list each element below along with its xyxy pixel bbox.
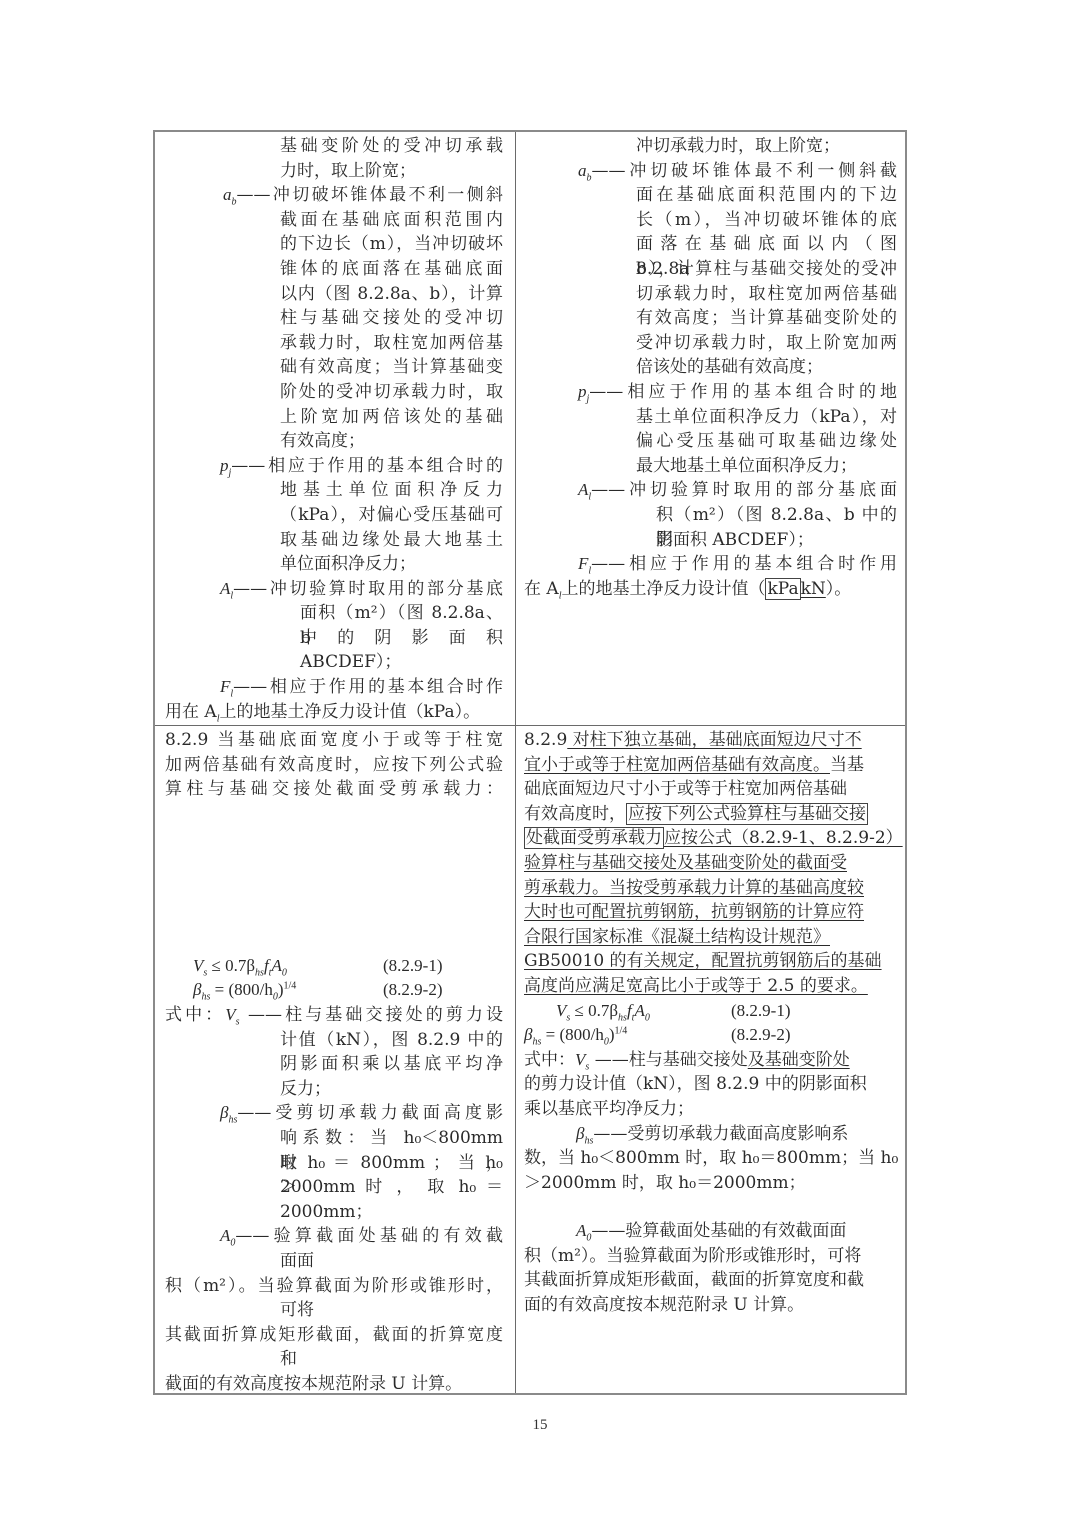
symbol: Al — [220, 579, 233, 598]
line-text: 力时，取上阶宽； — [280, 161, 416, 181]
line-text: b），计算柱与基础交接处的受冲 — [636, 259, 897, 279]
line-text: ——相应于作用的基本组合时的 — [231, 456, 503, 476]
line-text: 柱与基础交接处的受冲切 — [280, 308, 503, 328]
row-divider — [155, 725, 905, 726]
line-content: 锥体的底面落在基础底面 — [280, 257, 503, 282]
line-text: 锥体的底面落在基础底面 — [280, 259, 503, 279]
equation-label: (8.2.9-2) — [731, 1023, 790, 1048]
subscript: 0 — [282, 967, 287, 978]
line-text: ABCDEF）； — [300, 652, 401, 672]
text-line: b），计算柱与基础交接处的受冲 — [516, 257, 907, 282]
prefix: 式中： — [524, 1050, 575, 1070]
line-content: ABCDEF）； — [300, 650, 503, 675]
line-content: ab——冲切破坏锥体最不利一侧斜截 — [578, 159, 897, 184]
symbol: ab — [223, 185, 237, 204]
text-line: 取基础边缘处最大地基土 — [155, 528, 515, 553]
line-content: 面积（m²）（图 8.2.8a、b — [300, 601, 503, 626]
line-content: 有效高度； — [280, 429, 503, 454]
clause-line: 8.2.9 当基础底面宽度小于或等于柱宽 — [155, 728, 515, 753]
subscript: 0 — [273, 992, 278, 1003]
line-text: 用在 A — [165, 702, 217, 722]
subscript: hs — [618, 1012, 627, 1023]
line-content: 积（m²）（图 8.2.8a、b 中的阴 — [656, 503, 897, 528]
text-line: 截面在基础底面积范围内 — [155, 208, 515, 233]
symbol: ab — [578, 161, 592, 180]
line-text: 取基础边缘处最大地基土 — [280, 530, 503, 550]
text-line: 承载力时，取柱宽加两倍基 — [155, 331, 515, 356]
text-line: 算柱与基础交接处截面受剪承载力： — [155, 777, 515, 802]
line-content: 切承载力时，取柱宽加两倍基础 — [636, 282, 897, 307]
text-line: 以内（图 8.2.8a、b），计算 — [155, 282, 515, 307]
symbol: βhs — [220, 1103, 237, 1122]
line-content: 阶处的受冲切承载力时，取 — [280, 380, 503, 405]
line-text: 数，当 h₀＜800mm 时，取 h₀＝800mm；当 h₀ — [524, 1148, 898, 1168]
line-text: ——相应于作用的基本组合时作 — [233, 677, 503, 697]
text-line: 面在基础底面积范围内的下边 — [516, 183, 907, 208]
text-line: 积（m²）。当验算截面为阶形或锥形时， — [155, 1274, 515, 1299]
text-line: 面的有效高度按本规范附录 U 计算。 — [516, 1293, 907, 1318]
line-content: 用在 Al上的地基土净反力设计值（kPa）。 — [165, 700, 503, 725]
text-line: 可将 — [155, 1298, 515, 1323]
line-content: 冲切承载力时，取上阶宽； — [636, 134, 897, 159]
line-content: 反力； — [280, 1077, 503, 1102]
inserted-text: 大时也可配置抗剪钢筋，抗剪钢筋的计算应符 — [524, 902, 864, 922]
superscript: 1/4 — [615, 1025, 628, 1036]
line-content: 的下边长（m），当冲切破坏 — [280, 232, 503, 257]
line-text: 算柱与基础交接处截面受剪承载力： — [165, 779, 503, 799]
text-line: 宜小于或等于柱宽加两倍基础有效高度。当基 — [516, 753, 907, 778]
line-text: 中 的 阴 影 面 积 — [300, 628, 503, 648]
line-text: 冲切承载力时，取上阶宽； — [636, 136, 840, 156]
text-line: 2000mm 时 ， 取 h₀ ＝ — [155, 1175, 515, 1200]
text-line: 面落在基础底面以内（图 8.2.8a、 — [516, 232, 907, 257]
line-text: 可将 — [280, 1300, 314, 1320]
line-text: ——冲切验算时取用的部分基底面 — [591, 480, 897, 500]
text-line: Fl——相应于作用的基本组合时作 — [155, 675, 515, 700]
text-line: ab——冲切破坏锥体最不利一侧斜 — [155, 183, 515, 208]
line-content: （kPa），对偏心受压基础可 — [280, 503, 503, 528]
text-line: 乘以基底平均净反力； — [516, 1097, 907, 1122]
inserted-text: GB50010 的有关规定，配置抗剪钢筋后的基础 — [524, 951, 882, 971]
line-text: 反力； — [280, 1079, 331, 1099]
text-line: 有效高度时，应按下列公式验算柱与基础交接 — [516, 802, 907, 827]
inserted-text: 应按公式（8.2.9-1、8.2.9-2） — [664, 828, 903, 848]
row1-left-cell: 基础变阶处的受冲切承载力时，取上阶宽；ab——冲切破坏锥体最不利一侧斜截面在基础… — [155, 134, 515, 724]
line-text: 面的有效高度按本规范附录 U 计算。 — [524, 1295, 804, 1315]
line-text: 基础变阶处的受冲切承载 — [280, 136, 503, 156]
line-content: 2000mm 时 ， 取 h₀ ＝ — [280, 1175, 503, 1200]
line-text: 础有效高度；当计算基础变 — [280, 357, 503, 377]
line-text: 的下边长（m），当冲切破坏 — [280, 234, 503, 254]
line-text: 地基土单位面积净反力 — [280, 480, 503, 500]
line-text: ——相应于作用的基本组合时作用 — [591, 554, 897, 574]
symbol: Fl — [578, 554, 591, 573]
line-text: ——受剪切承载力截面高度影 — [237, 1103, 503, 1123]
inserted-text: 验算柱与基础交接处及基础变阶处的截面受 — [524, 853, 847, 873]
line-content: Al——冲切验算时取用的部分基底 — [220, 577, 503, 602]
text-line: 础有效高度；当计算基础变 — [155, 355, 515, 380]
text-line: 8.2.9 对柱下独立基础，基础底面短边尺寸不 — [516, 728, 907, 753]
text-line: 偏心受压基础可取基础边缘处 — [516, 429, 907, 454]
line-text: 偏心受压基础可取基础边缘处 — [636, 431, 897, 451]
clause-number: 8.2.9 — [165, 730, 217, 750]
comparison-table: 基础变阶处的受冲切承载力时，取上阶宽；ab——冲切破坏锥体最不利一侧斜截面在基础… — [153, 130, 907, 1395]
line-content: 其截面折算成矩形截面，截面的折算宽度 — [165, 1323, 503, 1348]
line-text: 在 A — [524, 579, 559, 599]
inserted-text: 对柱下独立基础，基础底面短边尺寸不 — [567, 730, 861, 750]
line-content: 面在基础底面积范围内的下边 — [636, 183, 897, 208]
symbol: pj — [220, 456, 231, 475]
line-text: 其截面折算成矩形截面，截面的折算宽度和截 — [524, 1270, 864, 1290]
formula-line: βhs = (800/h0)1/4(8.2.9-2) — [155, 978, 515, 1003]
line-text: 切承载力时，取柱宽加两倍基础 — [636, 284, 897, 304]
line-text: 其截面折算成矩形截面，截面的折算宽度 — [165, 1325, 503, 1345]
text-line: Fl——相应于作用的基本组合时作用 — [516, 552, 907, 577]
line-text: ——冲切验算时取用的部分基底 — [233, 579, 503, 599]
text-line: 加两倍基础有效高度时，应按下列公式验 — [155, 753, 515, 778]
line-text: 积（m²）。当验算截面为阶形或锥形时，可将 — [524, 1246, 861, 1266]
text-line: βhs——受剪切承载力截面高度影 — [155, 1101, 515, 1126]
line-text: 2000mm 时 ， 取 h₀ ＝ — [280, 1177, 503, 1197]
text-line: Al——冲切验算时取用的部分基底 — [155, 577, 515, 602]
inserted-text: 合限行国家标准《混凝土结构设计规范》 — [524, 927, 830, 947]
formula-line: βhs = (800/h0)1/4(8.2.9-2) — [516, 1023, 907, 1048]
row2-right-cell: 8.2.9 对柱下独立基础，基础底面短边尺寸不宜小于或等于柱宽加两倍基础有效高度… — [516, 728, 907, 1318]
line-text: 长（m），当冲切破坏锥体的底 — [636, 210, 897, 230]
line-content: 偏心受压基础可取基础边缘处 — [636, 429, 897, 454]
line-content: 最大地基土单位面积净反力； — [636, 454, 897, 479]
line-text: ——相应于作用的基本组合时的地 — [589, 382, 897, 402]
symbol: Vs — [556, 1001, 570, 1020]
inserted-text: 高度尚应满足宽高比小于或等于 2.5 的要求。 — [524, 976, 868, 996]
text-line: 取 h₀ ＝ 800mm ； 当 h₀ ＞ — [155, 1151, 515, 1176]
line-text: 积（m²）。当验算截面为阶形或锥形时， — [165, 1276, 503, 1296]
line-text: 有效高度；当计算基础变阶处的 — [636, 308, 897, 328]
inserted-text: 及基础变阶处 — [748, 1050, 850, 1070]
text-line: 中 的 阴 影 面 积 — [155, 626, 515, 651]
text-line: 式中：Vs ——柱与基础交接处及基础变阶处 — [516, 1048, 907, 1073]
text-line: 合限行国家标准《混凝土结构设计规范》 — [516, 925, 907, 950]
line-content: 8.2.9 当基础底面宽度小于或等于柱宽 — [165, 728, 503, 753]
line-text: 影面积 ABCDEF）； — [656, 530, 814, 550]
line-content: Fl——相应于作用的基本组合时作用 — [578, 552, 897, 577]
line-content: 影面积 ABCDEF）； — [656, 528, 897, 553]
line-content: 础有效高度；当计算基础变 — [280, 355, 503, 380]
text-line: 其截面折算成矩形截面，截面的折算宽度和截 — [516, 1268, 907, 1293]
line-content: Al——冲切验算时取用的部分基底面 — [578, 478, 897, 503]
line-text: 最大地基土单位面积净反力； — [636, 456, 857, 476]
formula-line: Vs ≤ 0.7βhsftA0(8.2.9-1) — [155, 954, 515, 979]
line-content: 响系数：当 h₀＜800mm 时， — [280, 1126, 503, 1151]
line-content: 有效高度；当计算基础变阶处的 — [636, 306, 897, 331]
line-content: 2000mm； — [280, 1200, 503, 1225]
line-content: pj——相应于作用的基本组合时的 — [220, 454, 503, 479]
text-line: 响系数：当 h₀＜800mm 时， — [155, 1126, 515, 1151]
formula-rhs: = (800/h0)1/4 — [541, 1025, 627, 1044]
line-content: 长（m），当冲切破坏锥体的底 — [636, 208, 897, 233]
symbol: Vs — [225, 1005, 239, 1024]
line-text: 阴影面积乘以基底平均净 — [280, 1054, 503, 1074]
text-line: 影面积 ABCDEF）； — [516, 528, 907, 553]
text-line: 剪承载力。当按受剪承载力计算的基础高度较 — [516, 876, 907, 901]
line-content: 算柱与基础交接处截面受剪承载力： — [165, 777, 503, 802]
symbol: A0 — [220, 1226, 235, 1245]
equation-label: (8.2.9-2) — [383, 978, 442, 1003]
text-line: 基土单位面积净反力（kPa），对 — [516, 405, 907, 430]
line-content: ab——冲切破坏锥体最不利一侧斜 — [223, 183, 503, 208]
line-text: ——受剪切承载力截面高度影响系 — [593, 1124, 848, 1144]
symbol: Al — [578, 480, 591, 499]
text-line: 处截面受剪承载力应按公式（8.2.9-1、8.2.9-2） — [516, 826, 907, 851]
text-line: ABCDEF）； — [155, 650, 515, 675]
line-content: 单位面积净反力； — [280, 552, 503, 577]
line-content: 以内（图 8.2.8a、b），计算 — [280, 282, 503, 307]
line-text: ＞2000mm 时，取 h₀＝2000mm； — [524, 1173, 806, 1193]
line-content: 力时，取上阶宽； — [280, 159, 503, 184]
text-line: 阶处的受冲切承载力时，取 — [155, 380, 515, 405]
line-text: ——柱与基础交接处 — [589, 1050, 747, 1070]
text-line: 积（m²）。当验算截面为阶形或锥形时，可将 — [516, 1244, 907, 1269]
text-line: A0——验算截面处基础的有效截面面 — [516, 1219, 907, 1244]
deleted-text-box: 应按下列公式验算柱与基础交接 — [626, 803, 868, 825]
formula-line: Vs ≤ 0.7βhsftA0(8.2.9-1) — [516, 999, 907, 1024]
inserted-text: 宜小于或等于柱宽加两倍基础有效高度。 — [524, 755, 830, 775]
line-text: （kPa），对偏心受压基础可 — [280, 505, 503, 525]
line-text: 有效高度时， — [524, 804, 626, 824]
line-content: 加两倍基础有效高度时，应按下列公式验 — [165, 753, 503, 778]
text-line: 倍该处的基础有效高度； — [516, 355, 907, 380]
text-line: ab——冲切破坏锥体最不利一侧斜截 — [516, 159, 907, 184]
line-content: b），计算柱与基础交接处的受冲 — [636, 257, 897, 282]
equation-label: (8.2.9-1) — [731, 999, 790, 1024]
line-content: 面面 — [280, 1249, 503, 1274]
line-text: ——验算截面处基础的有效截 — [235, 1226, 503, 1246]
prefix: 式中： — [165, 1005, 225, 1025]
text-line: ＞2000mm 时，取 h₀＝2000mm； — [516, 1171, 907, 1196]
text-line: 面面 — [155, 1249, 515, 1274]
page-number: 15 — [0, 1417, 1080, 1434]
clause-number: 8.2.9 — [524, 730, 567, 750]
line-text: 面面 — [280, 1251, 314, 1271]
deleted-text-box: kPa — [765, 578, 800, 600]
text-line: 大时也可配置抗剪钢筋，抗剪钢筋的计算应符 — [516, 900, 907, 925]
line-text: 当基础底面宽度小于或等于柱宽 — [217, 730, 503, 750]
symbol: βhs — [524, 1025, 541, 1044]
text-line: 用在 Al上的地基土净反力设计值（kPa）。 — [155, 700, 515, 725]
blank-space — [516, 1195, 907, 1219]
text-line: 2000mm； — [155, 1200, 515, 1225]
line-text: 当基 — [830, 755, 864, 775]
text-line: 地基土单位面积净反力 — [155, 478, 515, 503]
deleted-text-box: 处截面受剪承载力 — [524, 827, 664, 849]
line-text: 截面的有效高度按本规范附录 U 计算。 — [165, 1374, 462, 1394]
line-text: 倍该处的基础有效高度； — [636, 357, 823, 377]
line-content: pj——相应于作用的基本组合时的地 — [578, 380, 897, 405]
text-line: pj——相应于作用的基本组合时的地 — [516, 380, 907, 405]
line-content: 基础变阶处的受冲切承载 — [280, 134, 503, 159]
text-line: 长（m），当冲切破坏锥体的底 — [516, 208, 907, 233]
text-line: 高度尚应满足宽高比小于或等于 2.5 的要求。 — [516, 974, 907, 999]
line-content: 基土单位面积净反力（kPa），对 — [636, 405, 897, 430]
text-line: 面积（m²）（图 8.2.8a、b — [155, 601, 515, 626]
line-text: 上的地基土净反力设计值（kPa）。 — [219, 702, 480, 722]
line-text: 有效高度； — [280, 431, 365, 451]
line-text: 面在基础底面积范围内的下边 — [636, 185, 897, 205]
formula-rhs: = (800/h0)1/4 — [210, 980, 296, 999]
line-content: 阴影面积乘以基底平均净 — [280, 1052, 503, 1077]
text-line: 有效高度；当计算基础变阶处的 — [516, 306, 907, 331]
line-content: 在 Al上的地基土净反力设计值（kPakN）。 — [524, 577, 897, 602]
line-text: 阶处的受冲切承载力时，取 — [280, 382, 503, 402]
line-content: 倍该处的基础有效高度； — [636, 355, 897, 380]
line-text: 加两倍基础有效高度时，应按下列公式验 — [165, 755, 503, 775]
text-line: 截面的有效高度按本规范附录 U 计算。 — [155, 1372, 515, 1397]
line-text: 的剪力设计值（kN），图 8.2.9 中的阴影面积 — [524, 1074, 867, 1094]
line-content: 式中：Vs ——柱与基础交接处的剪力设 — [165, 1003, 503, 1028]
text-line: 计值（kN），图 8.2.9 中的 — [155, 1028, 515, 1053]
text-line: 的剪力设计值（kN），图 8.2.9 中的阴影面积 — [516, 1072, 907, 1097]
text-line: 最大地基土单位面积净反力； — [516, 454, 907, 479]
line-text: ）。 — [826, 579, 852, 599]
text-line: 积（m²）（图 8.2.8a、b 中的阴 — [516, 503, 907, 528]
text-line: 数，当 h₀＜800mm 时，取 h₀＝800mm；当 h₀ — [516, 1146, 907, 1171]
subscript: 0 — [645, 1012, 650, 1023]
symbol: A0 — [576, 1221, 591, 1240]
line-text: 基土单位面积净反力（kPa），对 — [636, 407, 897, 427]
text-line: 锥体的底面落在基础底面 — [155, 257, 515, 282]
formula-rhs: ≤ 0.7βhsftA0 — [570, 1001, 650, 1020]
line-content: 面落在基础底面以内（图 8.2.8a、 — [636, 232, 897, 257]
line-content: 承载力时，取柱宽加两倍基 — [280, 331, 503, 356]
line-text: 承载力时，取柱宽加两倍基 — [280, 333, 503, 353]
line-content: 上阶宽加两倍该处的基础 — [280, 405, 503, 430]
line-text: 和 — [280, 1349, 297, 1369]
line-content: Fl——相应于作用的基本组合时作 — [220, 675, 503, 700]
text-line: 的下边长（m），当冲切破坏 — [155, 232, 515, 257]
line-text: ——冲切破坏锥体最不利一侧斜 — [237, 185, 504, 205]
text-line: Al——冲切验算时取用的部分基底面 — [516, 478, 907, 503]
inserted-text: 剪承载力。当按受剪承载力计算的基础高度较 — [524, 878, 864, 898]
symbol: Vs — [575, 1050, 589, 1069]
text-line: 有效高度； — [155, 429, 515, 454]
line-text: ——柱与基础交接处的剪力设 — [240, 1005, 503, 1025]
text-line: 反力； — [155, 1077, 515, 1102]
blank-space — [155, 802, 515, 954]
symbol: A0 — [271, 956, 286, 975]
text-line: A0——验算截面处基础的有效截 — [155, 1224, 515, 1249]
line-content: 受冲切承载力时，取上阶宽加两 — [636, 331, 897, 356]
text-line: 单位面积净反力； — [155, 552, 515, 577]
equation-label: (8.2.9-1) — [383, 954, 442, 979]
text-line: 切承载力时，取柱宽加两倍基础 — [516, 282, 907, 307]
line-content: 柱与基础交接处的受冲切 — [280, 306, 503, 331]
line-content: 取基础边缘处最大地基土 — [280, 528, 503, 553]
line-content: 计值（kN），图 8.2.9 中的 — [280, 1028, 503, 1053]
text-line: 在 Al上的地基土净反力设计值（kPakN）。 — [516, 577, 907, 602]
line-content: 地基土单位面积净反力 — [280, 478, 503, 503]
symbol: A0 — [634, 1001, 649, 1020]
line-text: 础底面短边尺寸小于或等于柱宽加两倍基础 — [524, 779, 847, 799]
text-line: 和 — [155, 1347, 515, 1372]
line-text: 上的地基土净反力设计值（ — [561, 579, 765, 599]
text-line: 冲切承载力时，取上阶宽； — [516, 134, 907, 159]
text-line: 上阶宽加两倍该处的基础 — [155, 405, 515, 430]
line-content: 截面在基础底面积范围内 — [280, 208, 503, 233]
line-text: 乘以基底平均净反力； — [524, 1099, 694, 1119]
symbol: βhs — [193, 980, 210, 999]
line-text: 2000mm； — [280, 1202, 373, 1222]
line-text: 计值（kN），图 8.2.9 中的 — [280, 1030, 503, 1050]
row1-right-cell: 冲切承载力时，取上阶宽；ab——冲切破坏锥体最不利一侧斜截面在基础底面积范围内的… — [516, 134, 907, 601]
symbol: Vs — [193, 956, 207, 975]
text-line: 式中：Vs ——柱与基础交接处的剪力设 — [155, 1003, 515, 1028]
text-line: 验算柱与基础交接处及基础变阶处的截面受 — [516, 851, 907, 876]
line-text: 上阶宽加两倍该处的基础 — [280, 407, 503, 427]
line-content: 积（m²）。当验算截面为阶形或锥形时， — [165, 1274, 503, 1299]
line-content: 和 — [280, 1347, 503, 1372]
text-line: 力时，取上阶宽； — [155, 159, 515, 184]
line-content: 中 的 阴 影 面 积 — [300, 626, 503, 651]
formula-rhs: ≤ 0.7βhsftA0 — [207, 956, 287, 975]
line-content: 可将 — [280, 1298, 503, 1323]
line-text: ——验算截面处基础的有效截面面 — [591, 1221, 846, 1241]
text-line: βhs——受剪切承载力截面高度影响系 — [516, 1122, 907, 1147]
text-line: GB50010 的有关规定，配置抗剪钢筋后的基础 — [516, 949, 907, 974]
symbol: βhs — [576, 1124, 593, 1143]
inserted-text: kN — [801, 579, 826, 599]
line-text: 受冲切承载力时，取上阶宽加两 — [636, 333, 897, 353]
text-line: （kPa），对偏心受压基础可 — [155, 503, 515, 528]
line-text: 截面在基础底面积范围内 — [280, 210, 503, 230]
line-content: 截面的有效高度按本规范附录 U 计算。 — [165, 1372, 503, 1397]
text-line: 基础变阶处的受冲切承载 — [155, 134, 515, 159]
line-text: 单位面积净反力； — [280, 554, 416, 574]
text-line: 其截面折算成矩形截面，截面的折算宽度 — [155, 1323, 515, 1348]
line-text: 以内（图 8.2.8a、b），计算 — [280, 284, 503, 304]
subscript: hs — [255, 967, 264, 978]
line-content: βhs——受剪切承载力截面高度影 — [220, 1101, 503, 1126]
symbol: Fl — [220, 677, 233, 696]
line-content: 取 h₀ ＝ 800mm ； 当 h₀ ＞ — [280, 1151, 503, 1176]
text-line: 础底面短边尺寸小于或等于柱宽加两倍基础 — [516, 777, 907, 802]
symbol: pj — [578, 382, 589, 401]
row2-left-cell: 8.2.9 当基础底面宽度小于或等于柱宽加两倍基础有效高度时，应按下列公式验算柱… — [155, 728, 515, 1396]
text-line: 受冲切承载力时，取上阶宽加两 — [516, 331, 907, 356]
text-line: pj——相应于作用的基本组合时的 — [155, 454, 515, 479]
superscript: 1/4 — [284, 981, 297, 992]
text-line: 阴影面积乘以基底平均净 — [155, 1052, 515, 1077]
line-content: A0——验算截面处基础的有效截 — [220, 1224, 503, 1249]
subscript: 0 — [604, 1037, 609, 1048]
text-line: 柱与基础交接处的受冲切 — [155, 306, 515, 331]
line-text: ——冲切破坏锥体最不利一侧斜截 — [592, 161, 898, 181]
